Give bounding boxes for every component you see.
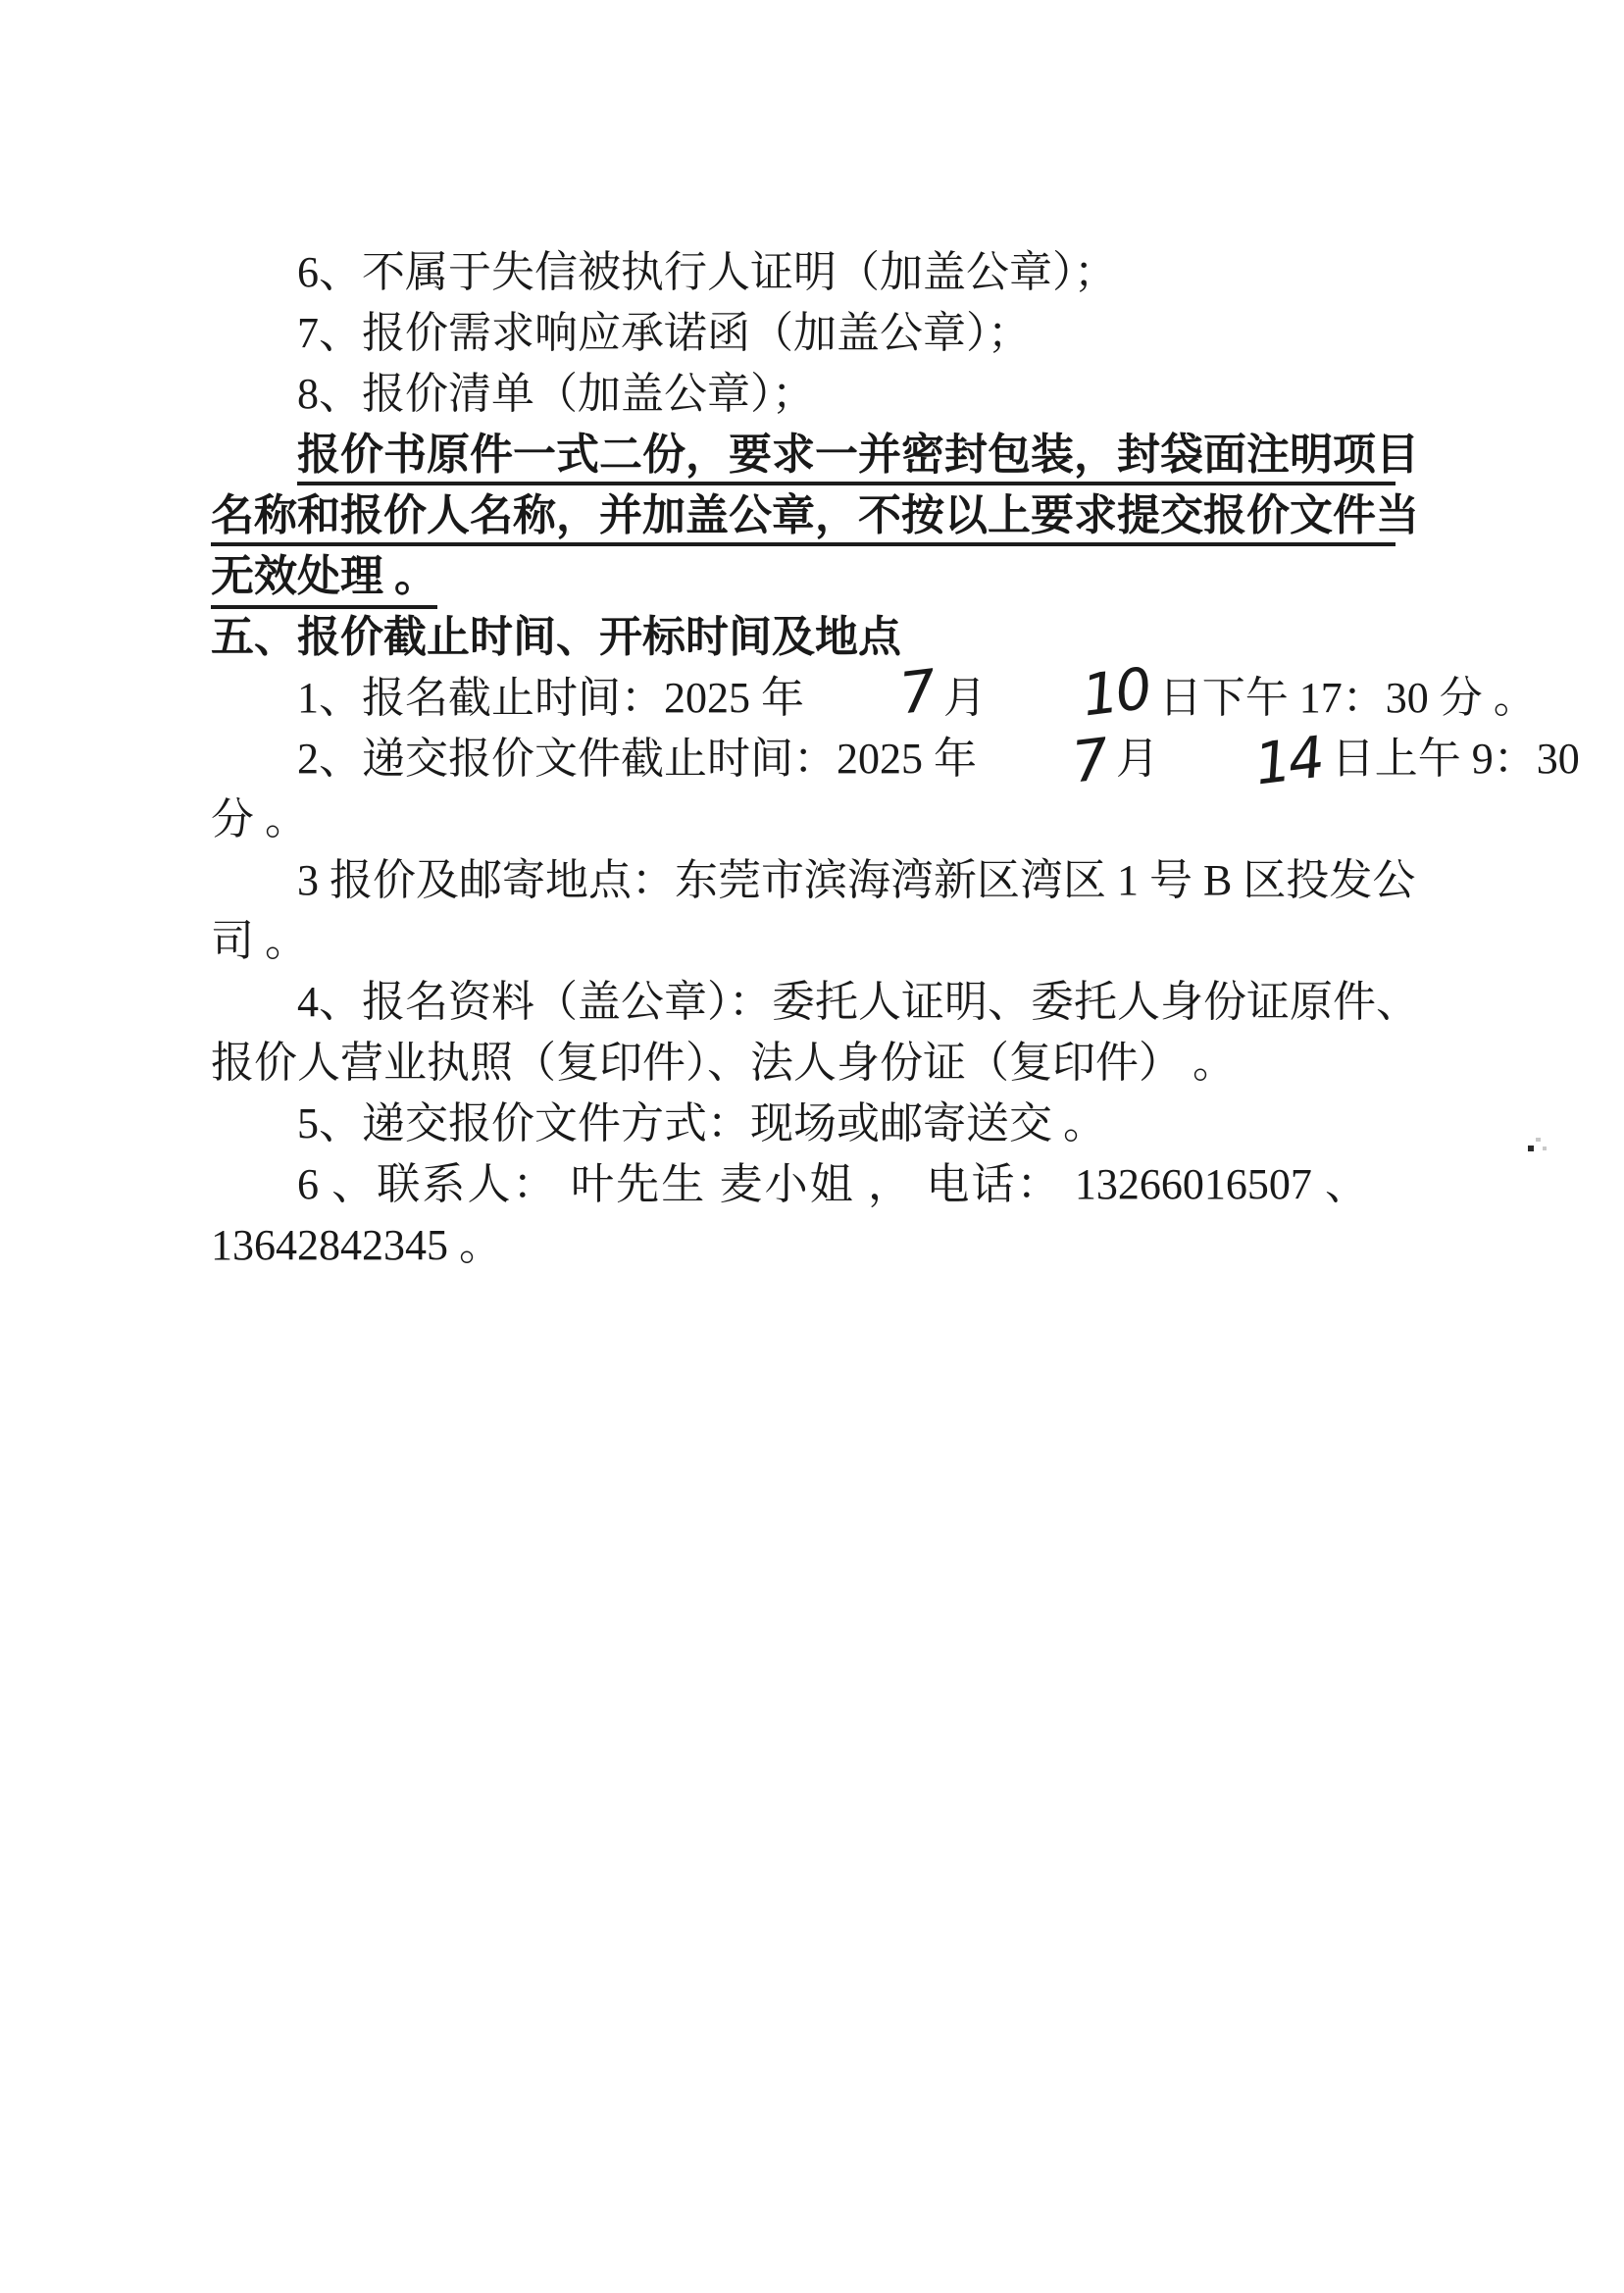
- item-6-contacts-line-2: 13642842345 。: [211, 1215, 1396, 1276]
- document-text: 6、不属于失信被执行人证明（加盖公章）； 7、报价需求响应承诺函（加盖公章）； …: [211, 242, 1396, 1276]
- sealed-note-line-3-text: 无效处理 。: [211, 552, 437, 609]
- section-heading: 五、报价截止时间、开标时间及地点: [211, 607, 1396, 668]
- item-4-text-1: 4、报名资料（盖公章）：委托人证明、委托人身份证原件、: [297, 978, 1419, 1026]
- section-heading-text: 五、报价截止时间、开标时间及地点: [211, 613, 901, 661]
- item-2-wrap-text: 分 。: [211, 795, 308, 843]
- item-3-text-2: 司 。: [211, 917, 308, 965]
- item-2-submit-deadline: 2、递交报价文件截止时间：2025 年7月14日上午 9：30: [211, 729, 1396, 790]
- item-1-time-text: 日下午 17：30 分 。: [1159, 674, 1537, 722]
- item-6-text-2: 13642842345 。: [211, 1221, 502, 1269]
- sealed-note-line-2: 名称和报价人名称，并加盖公章，不按以上要求提交报价文件当: [211, 485, 1396, 546]
- list-item-6-text: 6、不属于失信被执行人证明（加盖公章）；: [297, 248, 1117, 296]
- sealed-note-line-1: 报价书原件一式二份，要求一并密封包装，封袋面注明项目: [297, 425, 1396, 485]
- list-item-8: 8、报价清单（加盖公章）；: [211, 364, 1396, 425]
- item-4-text-2: 报价人营业执照（复印件）、法人身份证（复印件） 。: [211, 1039, 1236, 1087]
- item-2-month-label: 月: [1116, 735, 1159, 783]
- scan-speck: [1543, 1146, 1547, 1150]
- item-3-text-1: 3 报价及邮寄地点：东莞市滨海湾新区湾区 1 号 B 区投发公: [297, 856, 1415, 904]
- sealed-note-line-1-text: 报价书原件一式二份，要求一并密封包装，封袋面注明项目: [297, 431, 1419, 479]
- item-1-month-label: 月: [943, 674, 987, 722]
- sealed-note-line-2-text: 名称和报价人名称，并加盖公章，不按以上要求提交报价文件当: [211, 491, 1419, 539]
- list-item-8-text: 8、报价清单（加盖公章）；: [297, 370, 815, 418]
- item-3-address-line-1: 3 报价及邮寄地点：东莞市滨海湾新区湾区 1 号 B 区投发公: [211, 850, 1396, 911]
- handwritten-day: 10: [996, 688, 1148, 707]
- item-3-address-line-2: 司 。: [211, 911, 1396, 972]
- item-4-materials-line-2: 报价人营业执照（复印件）、法人身份证（复印件） 。: [211, 1033, 1396, 1094]
- handwritten-month: 7: [987, 759, 1105, 774]
- item-2-wrap-line: 分 。: [211, 790, 1396, 850]
- item-1-signup-deadline: 1、报名截止时间：2025 年7月10日下午 17：30 分 。: [211, 668, 1396, 729]
- handwritten-day: 14: [1169, 757, 1321, 776]
- item-5-text: 5、递交报价文件方式：现场或邮寄送交 。: [297, 1099, 1106, 1147]
- item-6-text-1: 6 、联系人： 叶先生 麦小姐 ， 电话： 13266016507 、: [297, 1160, 1368, 1208]
- scan-speck: [1536, 1138, 1541, 1142]
- item-5-delivery-method: 5、递交报价文件方式：现场或邮寄送交 。: [211, 1094, 1396, 1154]
- list-item-7: 7、报价需求响应承诺函（加盖公章）；: [211, 303, 1396, 364]
- item-6-contacts-line-1: 6 、联系人： 叶先生 麦小姐 ， 电话： 13266016507 、: [211, 1154, 1368, 1215]
- list-item-6: 6、不属于失信被执行人证明（加盖公章）；: [211, 242, 1396, 303]
- scan-speck: [1528, 1146, 1534, 1151]
- handwritten-month: 7: [814, 690, 933, 705]
- scanned-document-page: 6、不属于失信被执行人证明（加盖公章）； 7、报价需求响应承诺函（加盖公章）； …: [0, 0, 1624, 2293]
- item-2-time-text: 日上午 9：30: [1332, 735, 1580, 783]
- item-2-text: 2、递交报价文件截止时间：2025 年: [297, 735, 977, 783]
- item-1-text: 1、报名截止时间：2025 年: [297, 674, 804, 722]
- item-4-materials-line-1: 4、报名资料（盖公章）：委托人证明、委托人身份证原件、: [211, 972, 1396, 1033]
- list-item-7-text: 7、报价需求响应承诺函（加盖公章）；: [297, 309, 1031, 357]
- sealed-note-line-3: 无效处理 。: [211, 546, 1396, 607]
